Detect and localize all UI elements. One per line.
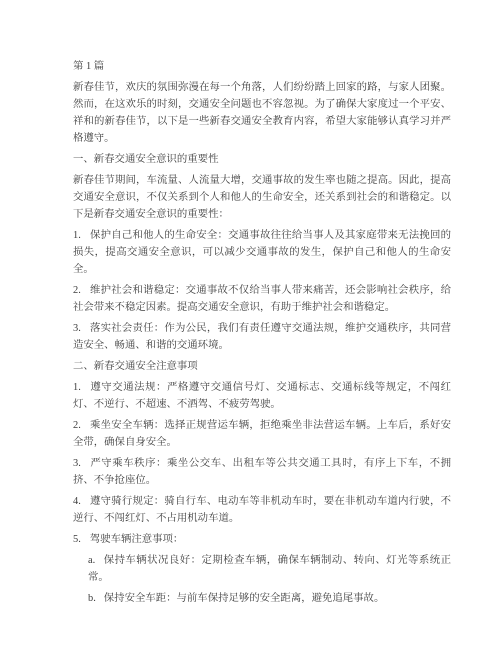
list-marker: 4. — [73, 496, 81, 507]
sub-list-item: b.保持安全车距：与前车保持足够的安全距离，避免追尾事故。 — [73, 590, 451, 607]
list-marker: 2. — [73, 420, 81, 431]
list-marker: 3. — [73, 458, 81, 469]
list-item-text: 维护社会和谐稳定：交通事故不仅给当事人带来痛苦，还会影响社会秩序，给社会带来不稳… — [73, 285, 451, 313]
list-item-text: 落实社会责任：作为公民，我们有责任遵守交通法规，维护交通秩序，共同营造安全、畅通… — [73, 323, 451, 351]
list-marker: 1. — [73, 230, 81, 241]
list-item-text: 保持车辆状况良好：定期检查车辆，确保车辆制动、转向、灯光等系统正常。 — [88, 555, 451, 583]
list-item-text: 保持安全车距：与前车保持足够的安全距离，避免追尾事故。 — [104, 593, 385, 604]
paragraph: 新春佳节期间，车流量、人流量大增，交通事故的发生率也随之提高。因此，提高交通安全… — [73, 172, 451, 223]
list-marker: a. — [88, 555, 95, 566]
list-item: 2.乘坐安全车辆：选择正规营运车辆，拒绝乘坐非法营运车辆。上车后，系好安全带，确… — [73, 417, 451, 451]
list-item-text: 乘坐安全车辆：选择正规营运车辆，拒绝乘坐非法营运车辆。上车后，系好安全带，确保自… — [73, 420, 451, 448]
list-item: 2.维护社会和谐稳定：交通事故不仅给当事人带来痛苦，还会影响社会秩序，给社会带来… — [73, 282, 451, 316]
list-item: 3.落实社会责任：作为公民，我们有责任遵守交通法规，维护交通秩序，共同营造安全、… — [73, 320, 451, 354]
list-marker: b. — [88, 593, 96, 604]
document-content: 第 1 篇新春佳节，欢庆的氛围弥漫在每一个角落，人们纷纷踏上回家的路，与家人团聚… — [73, 58, 451, 607]
page-title: 第 1 篇 — [73, 58, 451, 75]
list-item-text: 遵守交通法规：严格遵守交通信号灯、交通标志、交通标线等规定，不闯红灯、不逆行、不… — [73, 382, 451, 410]
list-marker: 2. — [73, 285, 81, 296]
list-item: 1.遵守交通法规：严格遵守交通信号灯、交通标志、交通标线等规定，不闯红灯、不逆行… — [73, 379, 451, 413]
list-item-text: 严守乘车秩序：乘坐公交车、出租车等公共交通工具时，有序上下车，不拥挤、不争抢座位… — [73, 458, 451, 486]
list-marker: 5. — [73, 534, 81, 545]
section-heading: 二、新春交通安全注意事项 — [73, 358, 451, 375]
list-item: 1.保护自己和他人的生命安全：交通事故往往给当事人及其家庭带来无法挽回的损失，提… — [73, 227, 451, 278]
list-marker: 3. — [73, 323, 81, 334]
list-item: 5.驾驶车辆注意事项： — [73, 531, 451, 548]
sub-list-item: a.保持车辆状况良好：定期检查车辆，确保车辆制动、转向、灯光等系统正常。 — [73, 552, 451, 586]
list-item-text: 驾驶车辆注意事项： — [90, 534, 184, 545]
paragraph: 新春佳节，欢庆的氛围弥漫在每一个角落，人们纷纷踏上回家的路，与家人团聚。然而，在… — [73, 79, 451, 147]
list-item-text: 遵守骑行规定：骑自行车、电动车等非机动车时，要在非机动车道内行驶，不逆行、不闯红… — [73, 496, 451, 524]
section-heading: 一、新春交通安全意识的重要性 — [73, 151, 451, 168]
list-item: 4.遵守骑行规定：骑自行车、电动车等非机动车时，要在非机动车道内行驶，不逆行、不… — [73, 493, 451, 527]
list-item-text: 保护自己和他人的生命安全：交通事故往往给当事人及其家庭带来无法挽回的损失，提高交… — [73, 230, 451, 275]
list-item: 3.严守乘车秩序：乘坐公交车、出租车等公共交通工具时，有序上下车，不拥挤、不争抢… — [73, 455, 451, 489]
document-page: 第 1 篇新春佳节，欢庆的氛围弥漫在每一个角落，人们纷纷踏上回家的路，与家人团聚… — [0, 0, 502, 649]
list-marker: 1. — [73, 382, 81, 393]
